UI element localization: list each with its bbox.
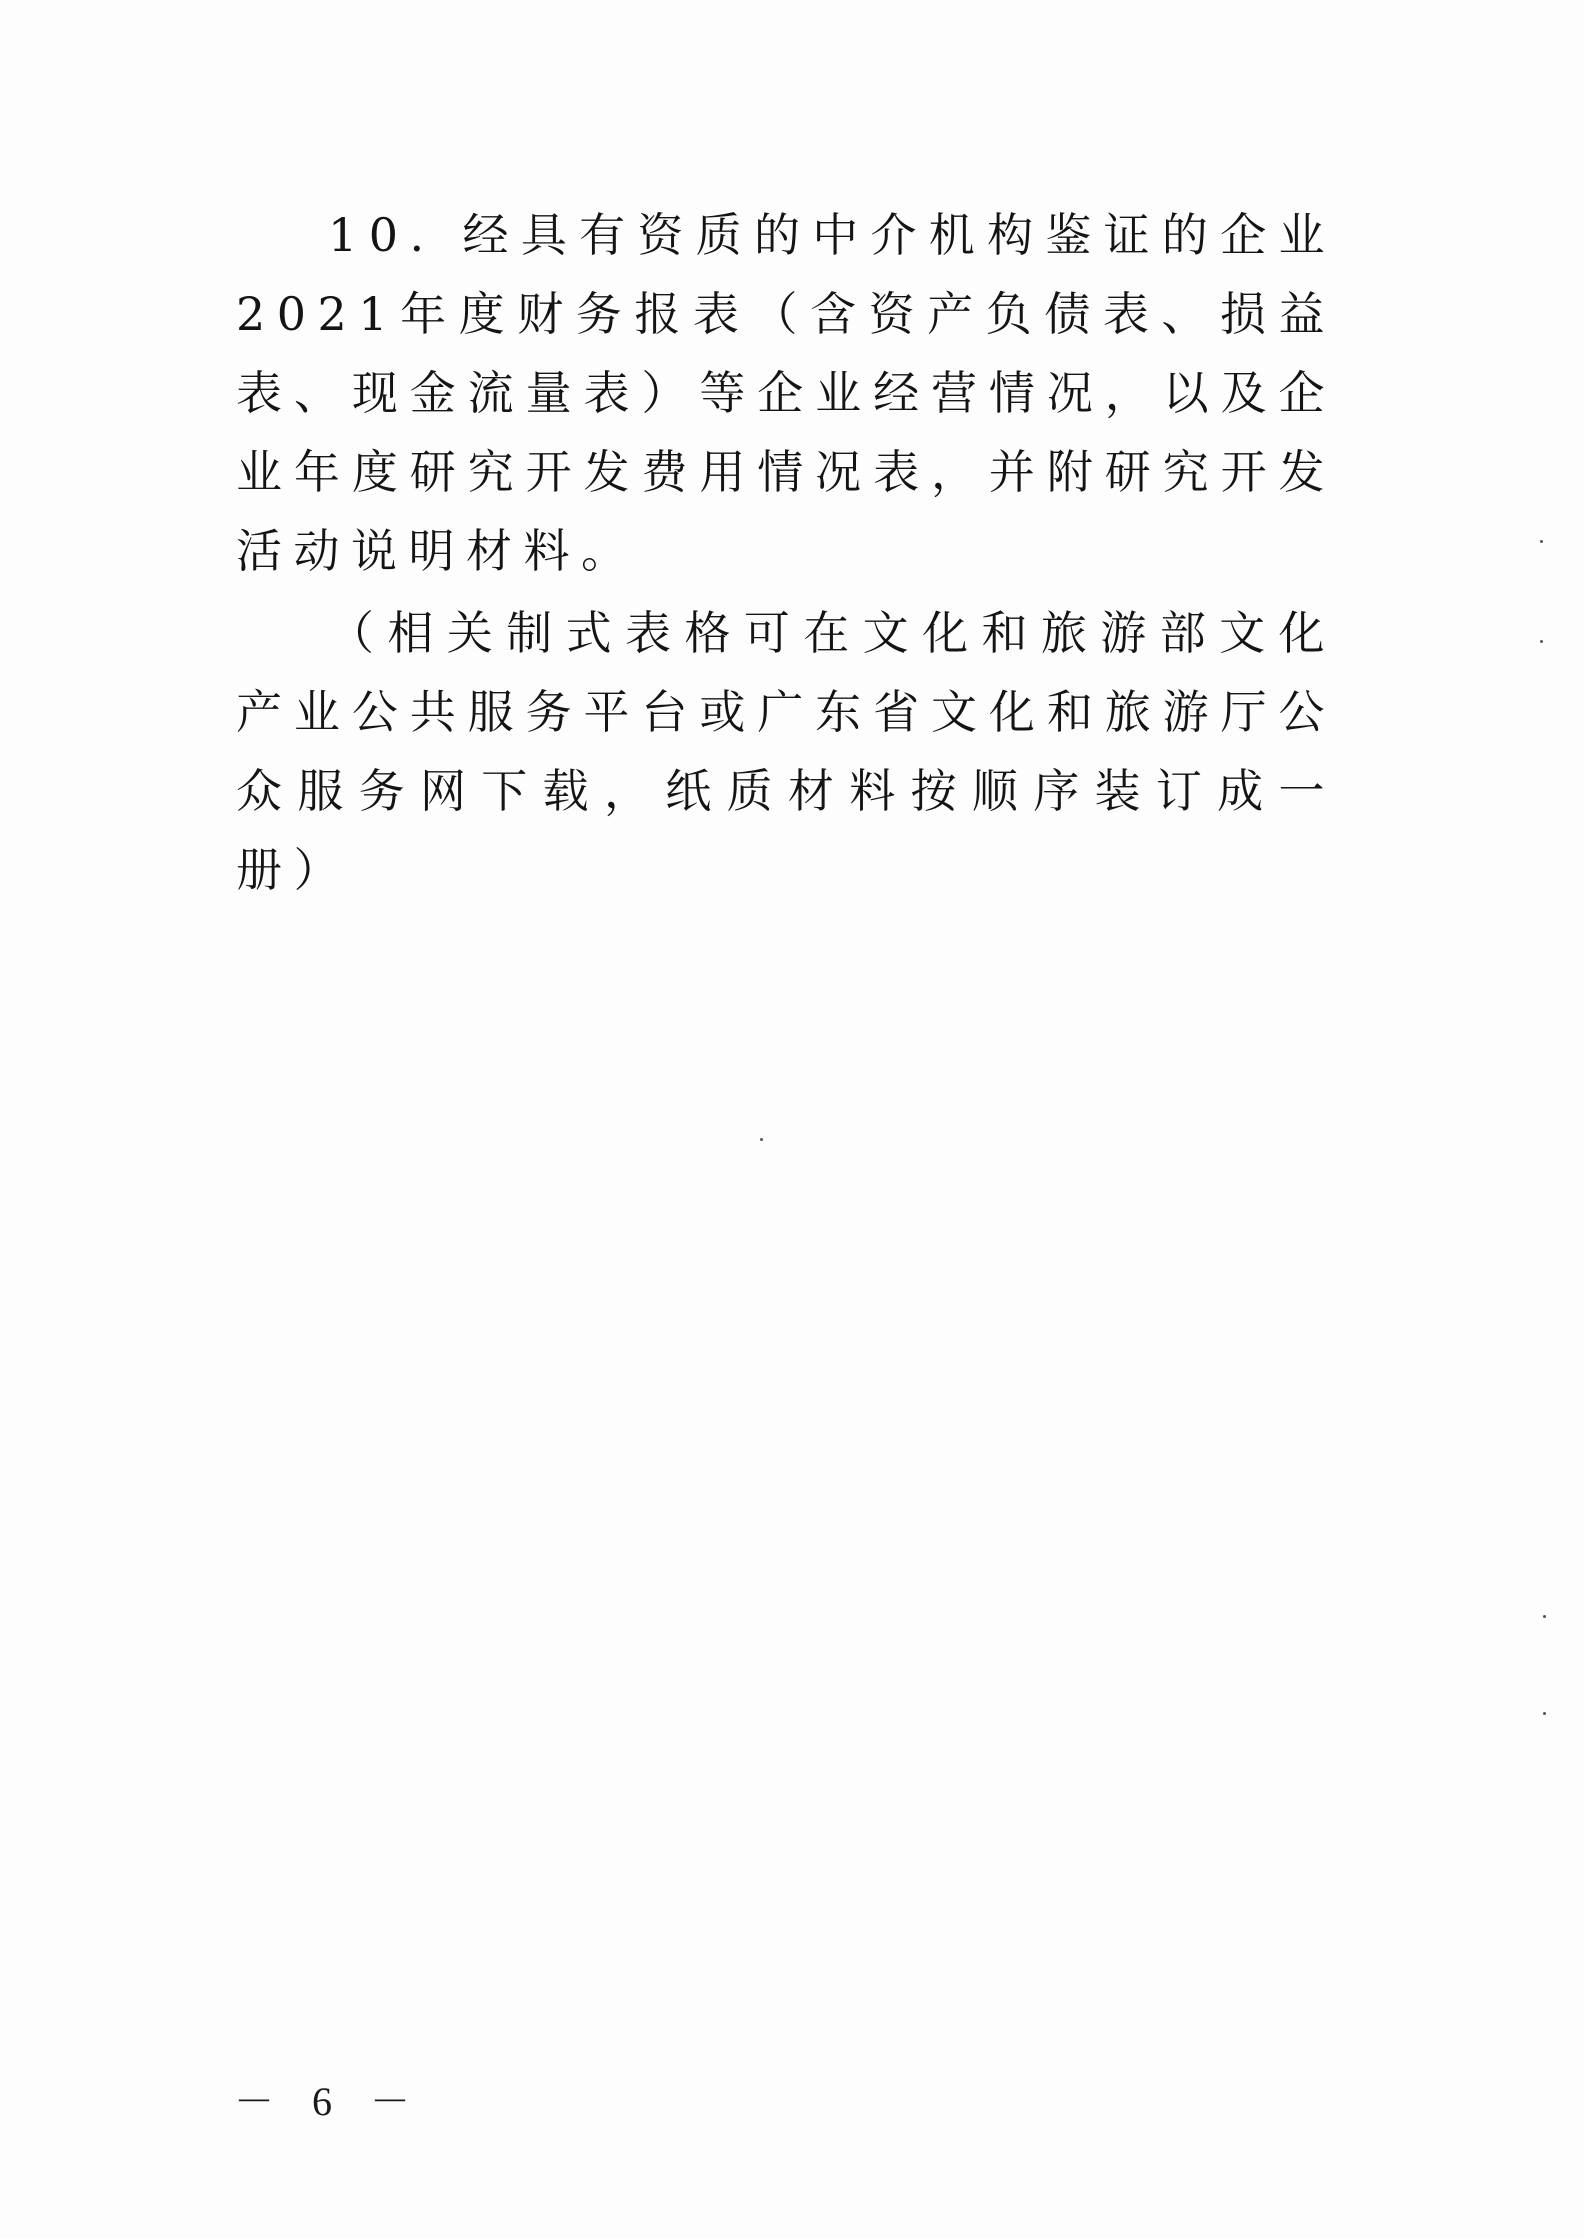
scan-speck xyxy=(760,1138,763,1141)
scan-speck xyxy=(1543,1615,1546,1618)
scan-speck xyxy=(1543,1712,1546,1715)
document-page: 10. 经具有资质的中介机构鉴证的企业2021年度财务报表（含资产负债表、损益表… xyxy=(0,0,1584,2238)
page-number: － 6 － xyxy=(234,2070,424,2127)
scan-speck xyxy=(1540,640,1543,643)
paragraph-forms-note: （相关制式表格可在文化和旅游部文化产业公共服务平台或广东省文化和旅游厅公众服务网… xyxy=(236,594,1336,910)
paragraph-item-10: 10. 经具有资质的中介机构鉴证的企业2021年度财务报表（含资产负债表、损益表… xyxy=(236,196,1336,591)
scan-speck xyxy=(1540,540,1543,543)
document-body: 10. 经具有资质的中介机构鉴证的企业2021年度财务报表（含资产负债表、损益表… xyxy=(236,196,1336,910)
